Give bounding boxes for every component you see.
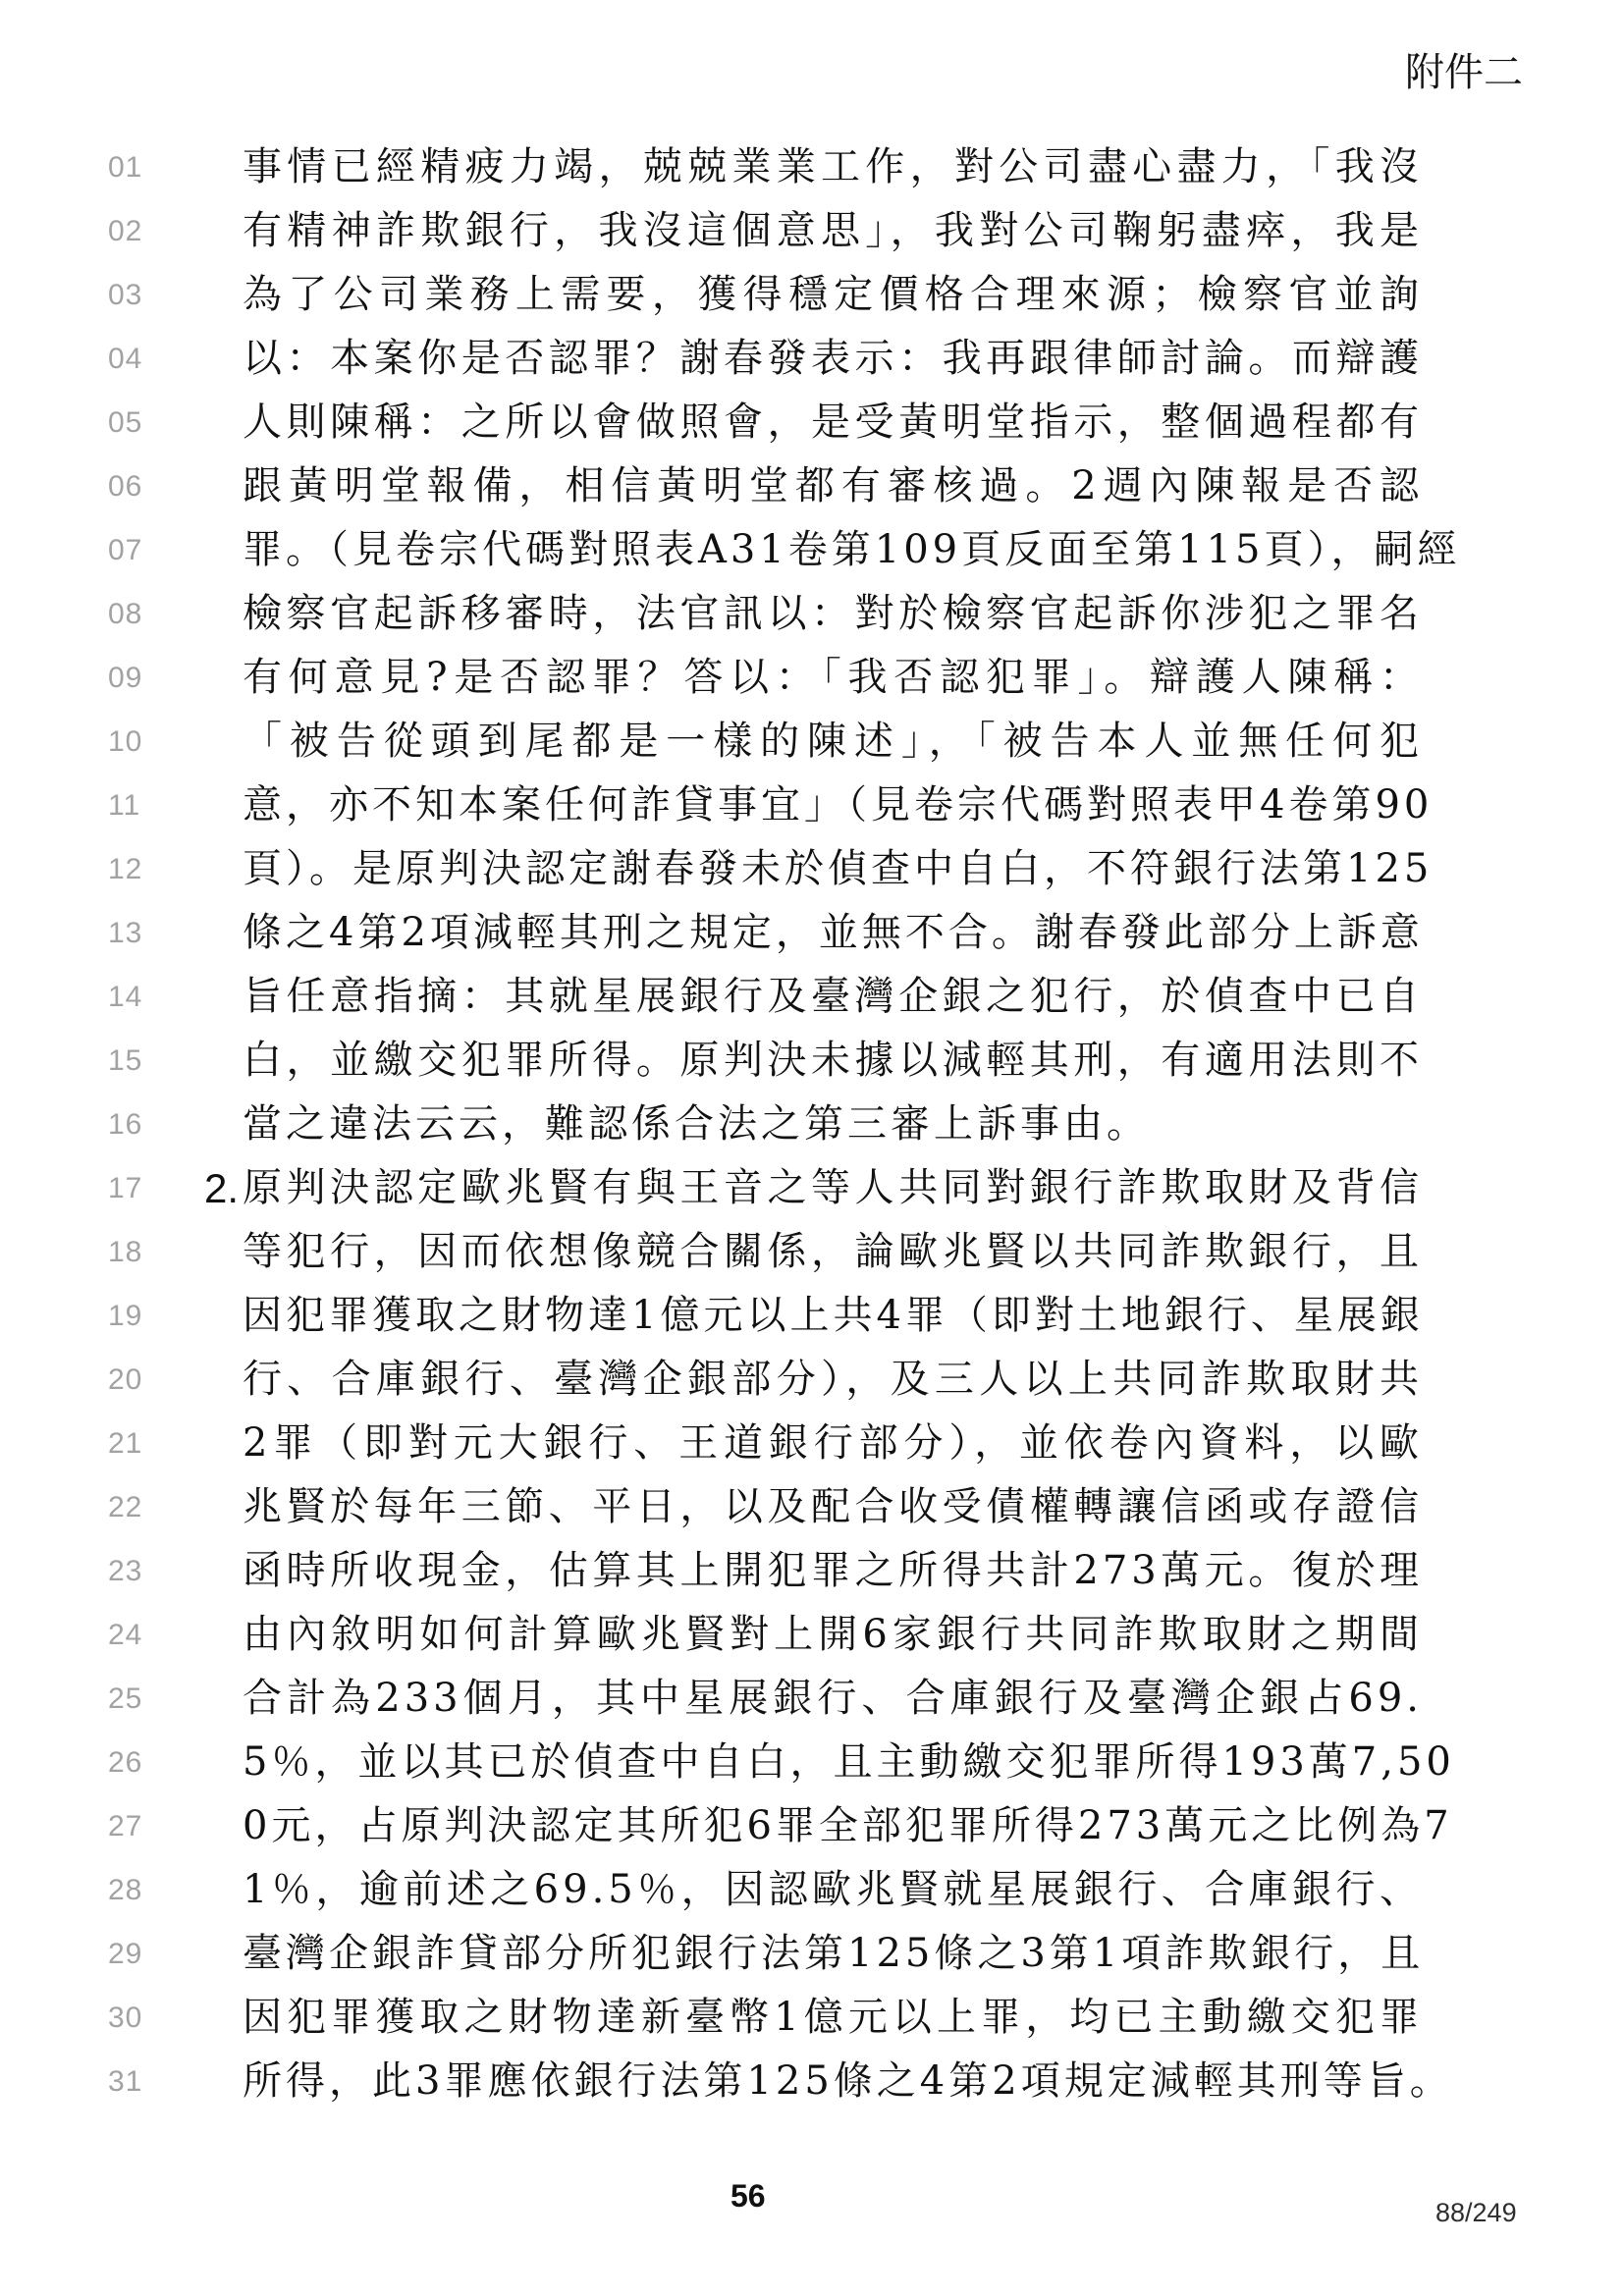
line-text: 臺灣企銀詐貸部分所犯銀行法第125條之3第1項詐欺銀行，且 [243, 1922, 1423, 1986]
line-number: 14 [108, 965, 142, 1029]
line-row: 16當之違法云云，難認係合法之第三審上訴事由。 [0, 1093, 1623, 1156]
line-number: 30 [108, 1986, 142, 2050]
attachment-label: 附件二 [1405, 53, 1523, 92]
line-text: 人則陳稱：之所以會做照會，是受黃明堂指示，整個過程都有 [243, 391, 1423, 454]
line-row: 22兆賢於每年三節、平日，以及配合收受債權轉讓信函或存證信 [0, 1475, 1623, 1539]
line-row: 172.原判決認定歐兆賢有與王音之等人共同對銀行詐欺取財及背信 [0, 1156, 1623, 1220]
line-row: 23函時所收現金，估算其上開犯罪之所得共計273萬元。復於理 [0, 1539, 1623, 1603]
line-text: 為了公司業務上需要，獲得穩定價格合理來源；檢察官並詢 [243, 263, 1423, 327]
line-number: 12 [108, 837, 142, 901]
line-text: 白，並繳交犯罪所得。原判決未據以減輕其刑，有適用法則不 [243, 1029, 1423, 1093]
line-row: 05人則陳稱：之所以會做照會，是受黃明堂指示，整個過程都有 [0, 391, 1623, 454]
line-text: 因犯罪獲取之財物達1億元以上共4罪（即對土地銀行、星展銀 [243, 1284, 1423, 1348]
line-text: 兆賢於每年三節、平日，以及配合收受債權轉讓信函或存證信 [243, 1475, 1423, 1539]
line-row: 19因犯罪獲取之財物達1億元以上共4罪（即對土地銀行、星展銀 [0, 1284, 1623, 1348]
line-number: 02 [108, 199, 142, 263]
line-number: 19 [108, 1284, 142, 1348]
document-page: 附件二 01事情已經精疲力竭，兢兢業業工作，對公司盡心盡力，「我沒02有精神詐欺… [0, 0, 1623, 2296]
line-text: 有精神詐欺銀行，我沒這個意思」，我對公司鞠躬盡瘁，我是 [243, 199, 1423, 263]
line-number: 05 [108, 391, 142, 454]
line-row: 24由內敘明如何計算歐兆賢對上開6家銀行共同詐欺取財之期間 [0, 1603, 1623, 1667]
line-text: 「被告從頭到尾都是一樣的陳述」，「被告本人並無任何犯 [243, 710, 1423, 774]
line-number: 16 [108, 1093, 142, 1156]
line-text: 2罪（即對元大銀行、王道銀行部分），並依卷內資料，以歐 [243, 1412, 1423, 1475]
line-text: 事情已經精疲力竭，兢兢業業工作，對公司盡心盡力，「我沒 [243, 135, 1423, 199]
line-row: 08檢察官起訴移審時，法官訊以：對於檢察官起訴你涉犯之罪名 [0, 582, 1623, 646]
line-number: 10 [108, 710, 142, 774]
line-row: 31所得，此3罪應依銀行法第125條之4第2項規定減輕其刑等旨。 [0, 2050, 1623, 2113]
line-row: 03為了公司業務上需要，獲得穩定價格合理來源；檢察官並詢 [0, 263, 1623, 327]
line-number: 07 [108, 518, 142, 582]
list-item-marker: 2. [204, 1156, 239, 1220]
line-text: 由內敘明如何計算歐兆賢對上開6家銀行共同詐欺取財之期間 [243, 1603, 1423, 1667]
line-number: 26 [108, 1731, 142, 1794]
line-number: 03 [108, 263, 142, 327]
line-number: 24 [108, 1603, 142, 1667]
line-number: 28 [108, 1858, 142, 1922]
line-text: 以：本案你是否認罪？謝春發表示：我再跟律師討論。而辯護 [243, 327, 1423, 391]
line-number: 31 [108, 2050, 142, 2113]
line-number: 27 [108, 1794, 142, 1858]
line-row: 212罪（即對元大銀行、王道銀行部分），並依卷內資料，以歐 [0, 1412, 1623, 1475]
line-number: 01 [108, 135, 142, 199]
line-row: 281％，逾前述之69.5％，因認歐兆賢就星展銀行、合庫銀行、 [0, 1858, 1623, 1922]
line-number: 21 [108, 1412, 142, 1475]
line-row: 30因犯罪獲取之財物達新臺幣1億元以上罪，均已主動繳交犯罪 [0, 1986, 1623, 2050]
line-text: 當之違法云云，難認係合法之第三審上訴事由。 [243, 1093, 1423, 1156]
line-number: 04 [108, 327, 142, 391]
line-number: 17 [108, 1156, 142, 1220]
line-text: 等犯行，因而依想像競合關係，論歐兆賢以共同詐欺銀行，且 [243, 1220, 1423, 1284]
line-row: 06跟黃明堂報備，相信黃明堂都有審核過。2週內陳報是否認 [0, 454, 1623, 518]
line-row: 18等犯行，因而依想像競合關係，論歐兆賢以共同詐欺銀行，且 [0, 1220, 1623, 1284]
line-text: 跟黃明堂報備，相信黃明堂都有審核過。2週內陳報是否認 [243, 454, 1423, 518]
line-number: 08 [108, 582, 142, 646]
line-number: 11 [108, 774, 140, 837]
line-number: 13 [108, 901, 142, 965]
line-text: 1％，逾前述之69.5％，因認歐兆賢就星展銀行、合庫銀行、 [243, 1858, 1423, 1922]
line-text: 原判決認定歐兆賢有與王音之等人共同對銀行詐欺取財及背信 [243, 1156, 1423, 1220]
line-text: 行、合庫銀行、臺灣企銀部分），及三人以上共同詐欺取財共 [243, 1348, 1423, 1412]
line-row: 11意，亦不知本案任何詐貸事宜」（見卷宗代碼對照表甲4卷第90 [0, 774, 1623, 837]
line-text: 5％，並以其已於偵查中自白，且主動繳交犯罪所得193萬7,50 [243, 1731, 1423, 1794]
line-row: 29臺灣企銀詐貸部分所犯銀行法第125條之3第1項詐欺銀行，且 [0, 1922, 1623, 1986]
line-number: 25 [108, 1667, 142, 1731]
line-text: 檢察官起訴移審時，法官訊以：對於檢察官起訴你涉犯之罪名 [243, 582, 1423, 646]
line-number: 22 [108, 1475, 142, 1539]
line-row: 07罪。（見卷宗代碼對照表A31卷第109頁反面至第115頁），嗣經 [0, 518, 1623, 582]
line-number: 29 [108, 1922, 142, 1986]
line-row: 25合計為233個月，其中星展銀行、合庫銀行及臺灣企銀占69. [0, 1667, 1623, 1731]
line-row: 01事情已經精疲力竭，兢兢業業工作，對公司盡心盡力，「我沒 [0, 135, 1623, 199]
line-row: 04以：本案你是否認罪？謝春發表示：我再跟律師討論。而辯護 [0, 327, 1623, 391]
line-number: 15 [108, 1029, 142, 1093]
line-text: 合計為233個月，其中星展銀行、合庫銀行及臺灣企銀占69. [243, 1667, 1423, 1731]
line-text: 有何意見?是否認罪？答以：「我否認犯罪」。辯護人陳稱： [243, 646, 1423, 710]
line-text: 函時所收現金，估算其上開犯罪之所得共計273萬元。復於理 [243, 1539, 1423, 1603]
line-text: 旨任意指摘：其就星展銀行及臺灣企銀之犯行，於偵查中已自 [243, 965, 1423, 1029]
line-text: 因犯罪獲取之財物達新臺幣1億元以上罪，均已主動繳交犯罪 [243, 1986, 1423, 2050]
line-row: 15白，並繳交犯罪所得。原判決未據以減輕其刑，有適用法則不 [0, 1029, 1623, 1093]
line-number: 23 [108, 1539, 142, 1603]
line-number: 09 [108, 646, 142, 710]
line-number: 20 [108, 1348, 142, 1412]
line-row: 12頁）。是原判決認定謝春發未於偵查中自白，不符銀行法第125 [0, 837, 1623, 901]
line-row: 02有精神詐欺銀行，我沒這個意思」，我對公司鞠躬盡瘁，我是 [0, 199, 1623, 263]
line-row: 13條之4第2項減輕其刑之規定，並無不合。謝春發此部分上訴意 [0, 901, 1623, 965]
line-row: 09有何意見?是否認罪？答以：「我否認犯罪」。辯護人陳稱： [0, 646, 1623, 710]
page-number: 56 [730, 2180, 766, 2212]
sheet-counter: 88/249 [1435, 2200, 1517, 2226]
line-text: 所得，此3罪應依銀行法第125條之4第2項規定減輕其刑等旨。 [243, 2050, 1423, 2113]
line-text: 條之4第2項減輕其刑之規定，並無不合。謝春發此部分上訴意 [243, 901, 1423, 965]
line-row: 20行、合庫銀行、臺灣企銀部分），及三人以上共同詐欺取財共 [0, 1348, 1623, 1412]
line-number: 06 [108, 454, 142, 518]
line-row: 270元，占原判決認定其所犯6罪全部犯罪所得273萬元之比例為7 [0, 1794, 1623, 1858]
line-text: 罪。（見卷宗代碼對照表A31卷第109頁反面至第115頁），嗣經 [243, 518, 1423, 582]
line-text: 頁）。是原判決認定謝春發未於偵查中自白，不符銀行法第125 [243, 837, 1423, 901]
line-number: 18 [108, 1220, 142, 1284]
line-text: 0元，占原判決認定其所犯6罪全部犯罪所得273萬元之比例為7 [243, 1794, 1423, 1858]
line-row: 14旨任意指摘：其就星展銀行及臺灣企銀之犯行，於偵查中已自 [0, 965, 1623, 1029]
line-row: 10「被告從頭到尾都是一樣的陳述」，「被告本人並無任何犯 [0, 710, 1623, 774]
line-row: 265％，並以其已於偵查中自白，且主動繳交犯罪所得193萬7,50 [0, 1731, 1623, 1794]
line-text: 意，亦不知本案任何詐貸事宜」（見卷宗代碼對照表甲4卷第90 [243, 774, 1423, 837]
